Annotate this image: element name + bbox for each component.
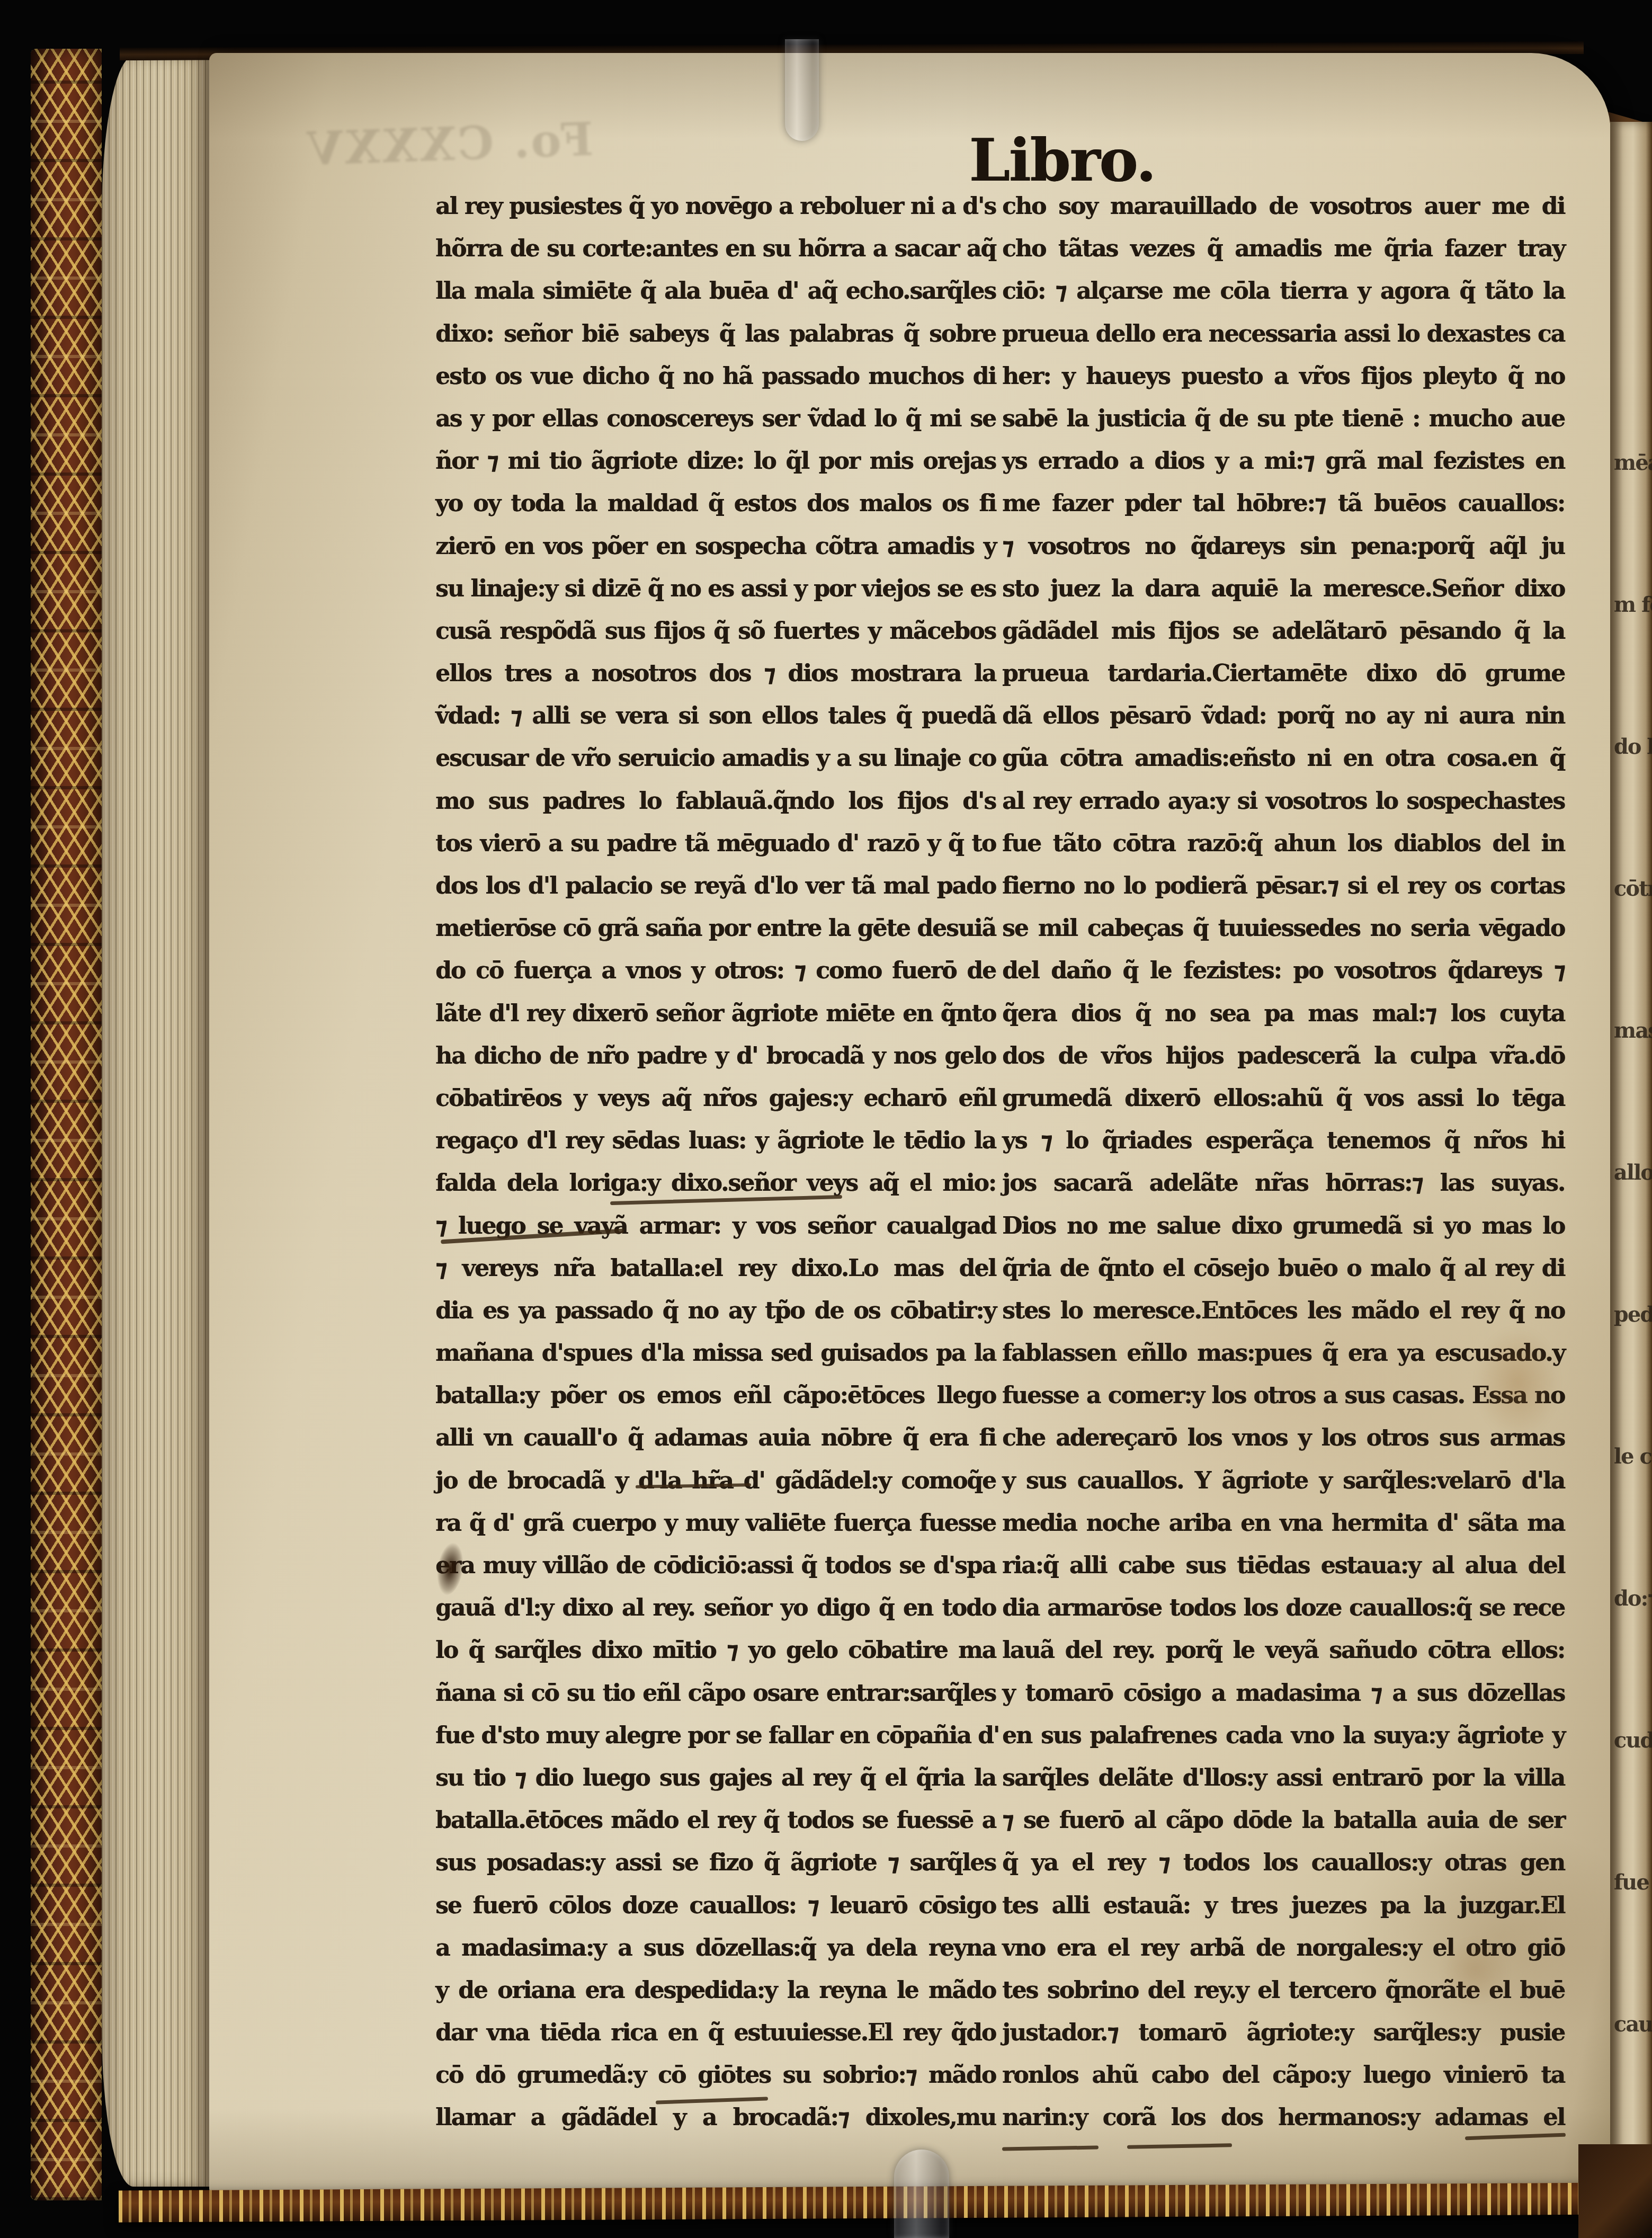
text-line: ra q̃ d' grã cuerpo y muy valiēte fuerça… <box>435 1502 996 1545</box>
text-line: q̃ ya el rey ⁊ todos los cauallos:y otra… <box>1002 1842 1565 1884</box>
text-line: sto juez la dara aquiē la meresce.Señor … <box>1002 568 1565 610</box>
text-line: mo sus padres lo fablauã.q̃ndo los fijos… <box>435 780 996 823</box>
text-line: q̃era dios q̃ no sea pa mas mal:⁊ los cu… <box>1002 993 1565 1035</box>
text-line: cōbatirēos y veys aq̃ nr̃os gajes:y echa… <box>435 1077 996 1120</box>
text-line: y sus cauallos. Y ãgriote y sarq̃les:vel… <box>1002 1460 1565 1502</box>
text-line: alli vn cauall'o q̃ adamas auia nōbre q̃… <box>435 1417 996 1459</box>
text-line: del daño q̃ le fezistes: po vosotros q̃d… <box>1002 950 1565 992</box>
text-line: mañana d'spues d'la missa sed guisados p… <box>435 1332 996 1375</box>
text-line: narin:y corã los dos hermanos:y adamas e… <box>1002 2097 1565 2139</box>
text-line: al rey pusiestes q̃ yo novēgo a reboluer… <box>435 185 996 228</box>
text-line: yo oy toda la maldad q̃ estos dos malos … <box>435 483 996 525</box>
text-line: a madasima:y a sus dōzellas:q̃ ya dela r… <box>435 1927 996 1969</box>
text-line: do bien <box>1613 734 1652 877</box>
paper-stain <box>1462 1308 1573 1457</box>
text-line: fue tãto cōtra razō:q̃ ahun los diablos … <box>1002 823 1565 865</box>
text-line: tos vierō a su padre tã mēguado d' razō … <box>435 823 996 865</box>
text-line: regaço d'l rey sēdas luas: y ãgriote le … <box>435 1120 996 1162</box>
text-line: tes alli estauã: y tres juezes pa la juz… <box>1002 1885 1565 1927</box>
photograph-background: Fo. CXXXV Libro. al rey pusiestes q̃ yo … <box>0 0 1652 2238</box>
text-column-left: al rey pusiestes q̃ yo novēgo a reboluer… <box>435 185 996 2139</box>
text-line: su tio ⁊ dio luego sus gajes al rey q̃ e… <box>435 1757 996 1799</box>
text-line: me fazer pder tal hōbre:⁊ tã buēos caual… <box>1002 483 1565 525</box>
text-line: caual <box>1613 2012 1652 2154</box>
text-line: jos sacarã adelãte nr̃as hōrras:⁊ las su… <box>1002 1162 1565 1205</box>
text-line: ⁊ vereys nr̃a batalla:el rey dixo.Lo mas… <box>435 1247 996 1290</box>
text-line: sus posadas:y assi se fizo q̃ ãgriote ⁊ … <box>435 1842 996 1884</box>
page-holder-clip-top <box>785 39 819 141</box>
text-line: ñana si cō su tio eñl cãpo osare entrar:… <box>435 1672 996 1715</box>
text-line: ha dicho de nr̃o padre y d' brocadã y no… <box>435 1035 996 1077</box>
text-line: su linaje:y si dizē q̃ no es assi y por … <box>435 568 996 610</box>
text-line: ys ⁊ lo q̃riades esperãça tenemos q̃ nr̃… <box>1002 1120 1565 1162</box>
text-line: y tomarō cōsigo a madasima ⁊ a sus dōzel… <box>1002 1672 1565 1715</box>
running-header: Libro. <box>937 126 1186 194</box>
text-line: batalla.ētōces mãdo el rey q̃ todos se f… <box>435 1799 996 1842</box>
text-line: fierno no lo podierã pēsar.⁊ si el rey o… <box>1002 865 1565 907</box>
folio-number-showthrough: Fo. CXXXV <box>364 113 594 174</box>
text-line: q̃ria de q̃nto el cōsejo buēo o malo q̃ … <box>1002 1247 1565 1290</box>
gilt-tooled-cover-edge <box>31 49 102 2200</box>
text-line: as y por ellas conoscereys ser ṽdad lo q… <box>435 398 996 440</box>
text-line: gauã d'l:y dixo al rey. señor yo digo q̃… <box>435 1587 996 1629</box>
text-line: ciō: ⁊ alçarse me cōla tierra y agora q̃… <box>1002 270 1565 313</box>
text-line: ⁊ luego se vayã armar: y vos señor caual… <box>435 1205 996 1247</box>
page-holder-clip-bottom <box>894 2150 949 2238</box>
text-line: lãte d'l rey dixerō señor ãgriote miēte … <box>435 993 996 1035</box>
text-line: dixo: señor biē sabeys q̃ las palabras q… <box>435 313 996 355</box>
page-block-fore-edge <box>102 56 209 2187</box>
text-line: dã ellos pēsarō ṽdad: porq̃ no ay ni aur… <box>1002 695 1565 737</box>
text-line: metierōse cō grã saña por entre la gēte … <box>435 907 996 950</box>
text-line: se mil cabeças q̃ tuuiessedes no seria v… <box>1002 907 1565 950</box>
text-line: prueua tardaria.Ciertamēte dixo dō grume <box>1002 653 1565 695</box>
text-line: mēa: <box>1613 450 1652 593</box>
text-line: ⁊ vosotros no q̃dareys sin pena:porq̃ aq… <box>1002 525 1565 568</box>
text-line: sabē la justicia q̃ de su pte tienē : mu… <box>1002 398 1565 440</box>
text-line: media noche ariba en vna hermita d' sãta… <box>1002 1502 1565 1545</box>
text-line: m ferm <box>1613 592 1652 735</box>
text-line: ellos tres a nosotros dos ⁊ dios mostrar… <box>435 653 996 695</box>
text-line: lla mala simiēte q̃ ala buēa d' aq̃ echo… <box>435 270 996 313</box>
text-line: her: y haueys puesto a vr̃os fijos pleyt… <box>1002 355 1565 398</box>
text-line: ronlos ahũ cabo del cãpo:y luego vinierō… <box>1002 2054 1565 2097</box>
text-line: cusã respõdã sus fijos q̃ sõ fuertes y m… <box>435 610 996 653</box>
text-line: stes lo meresce.Entōces les mãdo el rey … <box>1002 1290 1565 1332</box>
text-line: dos los d'l palacio se reyã d'lo ver tã … <box>435 865 996 907</box>
text-line: zierō en vos põer en sospecha cõtra amad… <box>435 525 996 568</box>
text-line: cho soy marauillado de vosotros auer me … <box>1002 185 1565 228</box>
text-line: cō dō grumedã:y cō giōtes su sobrio:⁊ mã… <box>435 2054 996 2097</box>
text-line: en sus palafrenes cada vno la suya:y ãgr… <box>1002 1715 1565 1757</box>
text-line: ñor ⁊ mi tio ãgriote dize: lo q̃l por mi… <box>435 440 996 483</box>
text-line: lauã del rey. porq̃ le veyã sañudo cōtra… <box>1002 1629 1565 1672</box>
text-line: alloen <box>1613 1160 1652 1303</box>
text-line: justador.⁊ tomarō ãgriote:y sarq̃les:y p… <box>1002 2012 1565 2054</box>
text-line: esto os vue dicho q̃ no hã passado mucho… <box>435 355 996 398</box>
text-line: llamar a gãdãdel y a brocadã:⁊ dixoles,m… <box>435 2097 996 2139</box>
text-line: cōtra <box>1613 876 1652 1019</box>
text-line: y de oriana era despedida:y la reyna le … <box>435 1969 996 2012</box>
text-line: ⁊ se fuerō al cãpo dōde la batalla auia … <box>1002 1799 1565 1842</box>
text-line: al rey errado aya:y si vosotros lo sospe… <box>1002 780 1565 823</box>
text-line: do cō fuerça a vnos y otros: ⁊ como fuer… <box>435 950 996 992</box>
text-line: mas e <box>1613 1018 1652 1161</box>
text-line: ys errado a dios y a mi:⁊ grã mal fezist… <box>1002 440 1565 483</box>
text-line: sarq̃les delãte d'llos:y assi entrarō po… <box>1002 1757 1565 1799</box>
text-line: se fuerō cōlos doze cauallos: ⁊ leuarō c… <box>435 1885 996 1927</box>
paper-stain <box>1430 1928 1520 2013</box>
text-line: do:⁊ a <box>1613 1586 1652 1728</box>
text-line: Dios no me salue dixo grumedã si yo mas … <box>1002 1205 1565 1247</box>
text-line: fue a t <box>1613 1870 1652 2012</box>
text-line: gũa cōtra amadis:eñsto ni en otra cosa.e… <box>1002 737 1565 780</box>
text-line: dia es ya passado q̃ no ay tp̃o de os cō… <box>435 1290 996 1332</box>
text-line: le cay <box>1613 1444 1652 1586</box>
text-line: gãdãdel mis fijos se adelãtarō pēsando q… <box>1002 610 1565 653</box>
text-line: fue d'sto muy alegre por se fallar en cō… <box>435 1715 996 1757</box>
text-line: ṽdad: ⁊ alli se vera si son ellos tales … <box>435 695 996 737</box>
text-line: ria:q̃ alli cabe sus tiēdas estaua:y al … <box>1002 1545 1565 1587</box>
text-line: escusar de vr̃o seruicio amadis y a su l… <box>435 737 996 780</box>
text-line: prueua dello era necessaria assi lo dexa… <box>1002 313 1565 355</box>
text-line: lo q̃ sarq̃les dixo mītio ⁊ yo gelo cōba… <box>435 1629 996 1672</box>
text-line: dos de vr̃os hijos padescerã la culpa vr… <box>1002 1035 1565 1077</box>
text-line: batalla:y põer os emos eñl cãpo:ētōces l… <box>435 1375 996 1417</box>
next-leaf-curled-edge: mēa:m fermdo biencōtramas ealloenpedaçle… <box>1610 122 1652 2238</box>
text-line: dia armarōse todos los doze cauallos:q̃ … <box>1002 1587 1565 1629</box>
text-line: hõrra de su corte:antes en su hõrra a sa… <box>435 228 996 270</box>
text-column-right: cho soy marauillado de vosotros auer me … <box>1002 185 1565 2139</box>
text-line: grumedã dixerō ellos:ahũ q̃ vos assi lo … <box>1002 1077 1565 1120</box>
text-line: cho tãtas vezes q̃ amadis me q̃ria fazer… <box>1002 228 1565 270</box>
text-line: dar vna tiēda rica en q̃ estuuiesse.El r… <box>435 2012 996 2054</box>
text-line: cudos <box>1613 1728 1652 1870</box>
text-line: pedaç <box>1613 1302 1652 1445</box>
leather-cover-corner-bottom <box>1578 2144 1652 2238</box>
text-line: jo de brocadã y d'la hr̃a d' gãdãdel:y c… <box>435 1460 996 1502</box>
text-line: era muy villão de cōdiciō:assi q̃ todos … <box>435 1545 996 1587</box>
